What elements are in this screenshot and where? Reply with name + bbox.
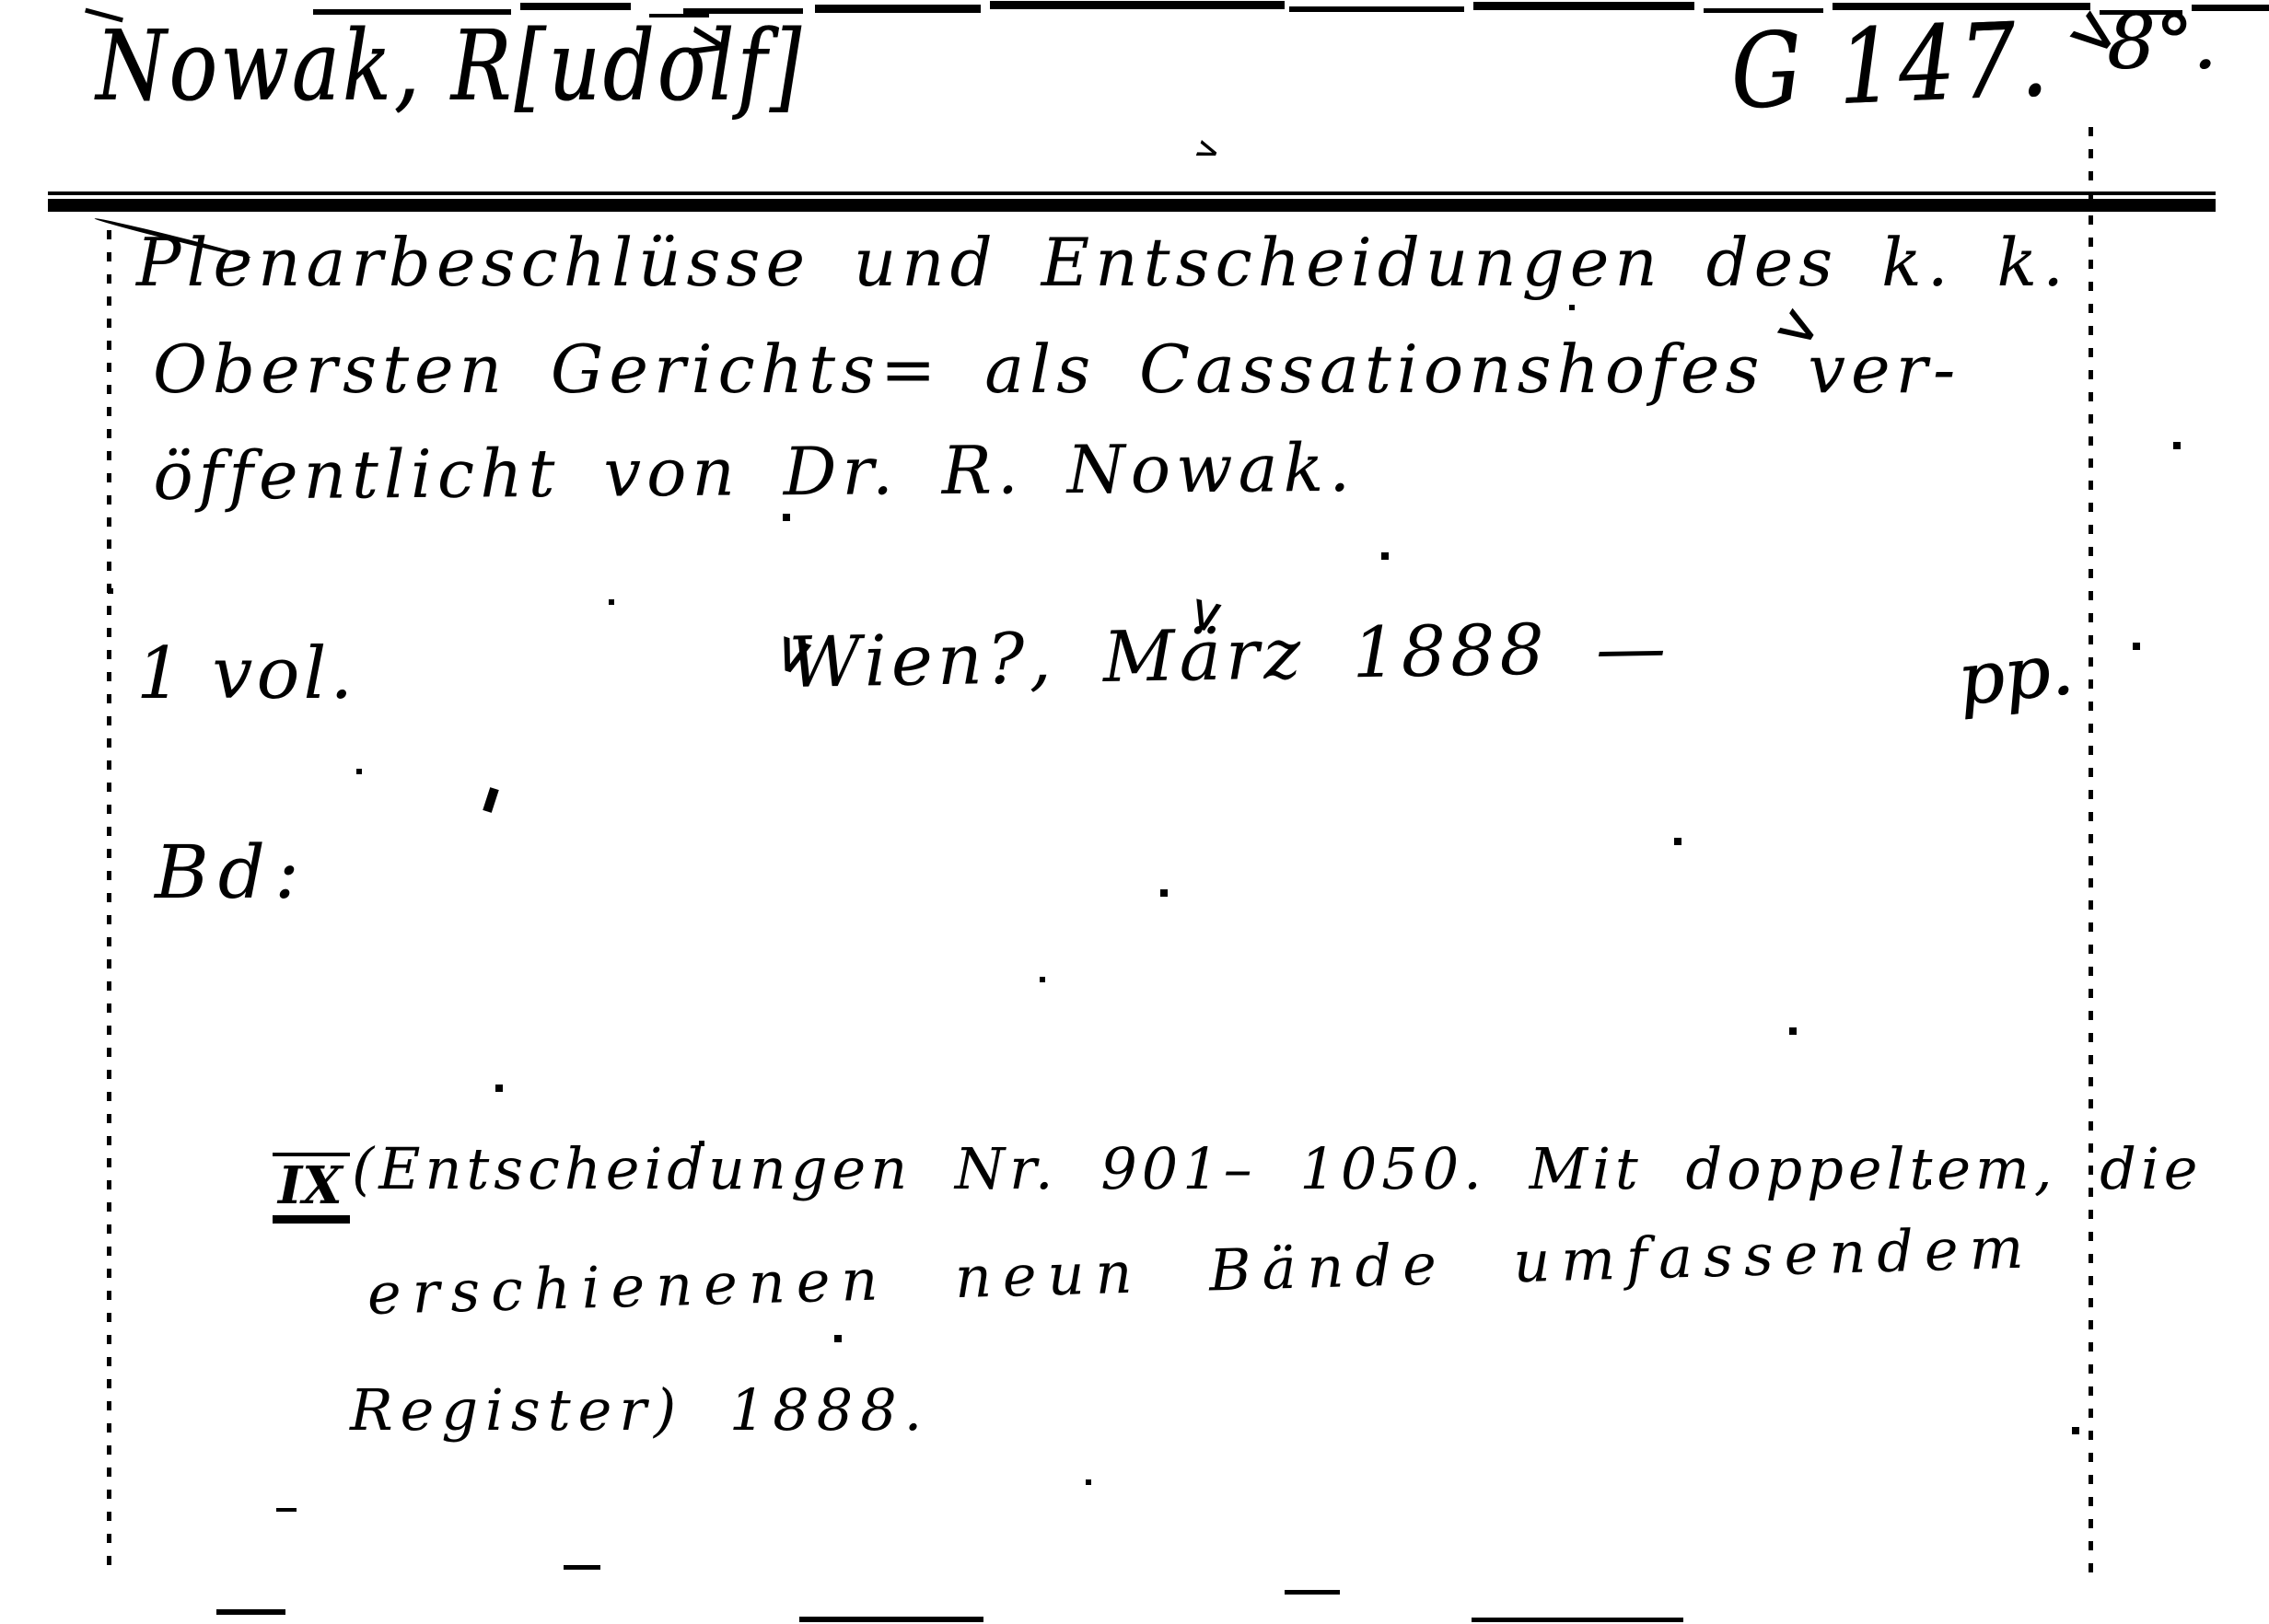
volume-numeral: IX (273, 1153, 350, 1224)
catalog-card-scan: { "card": { "header": { "author": "Nowak… (0, 0, 2269, 1624)
volume-note-line-3: Register) 1888. (350, 1379, 929, 1442)
title-line-2: Obersten Gerichts= als Cassationshofes v… (153, 333, 1961, 406)
scan-noise-dash (990, 1, 1285, 9)
insertion-caret-mark: > (1191, 131, 1225, 169)
scan-noise-dash (799, 1617, 983, 1622)
scan-noise-dash (216, 1609, 285, 1615)
card-left-dotted-border (107, 230, 111, 1571)
scan-noise-dash (815, 5, 981, 13)
title-line-3: öffentlicht von Dr. R. Nowak. (153, 432, 1356, 513)
shelfmark: G 147. (1729, 4, 2054, 130)
top-rule-thin (48, 191, 2216, 195)
volume-note-line-2: erschienenen neun Bände umfassendem (367, 1216, 2035, 1326)
holdings-label: Bd: (155, 832, 308, 913)
scan-noise-dash (564, 1565, 600, 1570)
scan-noise-dash (1472, 1618, 1683, 1622)
scan-noise-dash (276, 1508, 297, 1512)
pagination-statement: pp. (1954, 631, 2077, 721)
ink-tick-mark (483, 787, 499, 813)
top-rule-thick (48, 199, 2216, 212)
scan-noise-specks (0, 0, 4, 4)
scan-noise-dash (1289, 6, 1464, 12)
format-statement: 8°. (2107, 2, 2217, 85)
card-right-dotted-border (2089, 127, 2093, 1574)
scan-noise-dash (1285, 1590, 1340, 1595)
volume-note-line-1: (Entscheidungen Nr. 901– 1050. Mit doppe… (352, 1138, 2202, 1201)
title-line-1: Plenarbeschlüsse und Entscheidungen des … (136, 226, 2069, 299)
extent-statement: 1 vol. (136, 635, 356, 714)
scan-noise-dash (1473, 2, 1694, 10)
